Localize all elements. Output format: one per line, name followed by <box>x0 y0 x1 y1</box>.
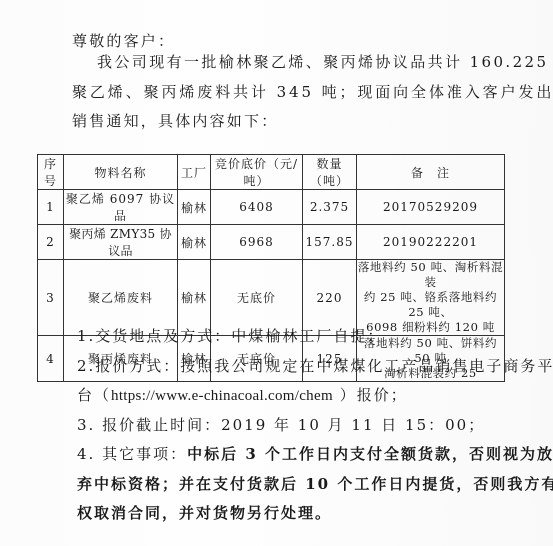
term-other-line-3: 权取消合同，并对货物另行处理。 <box>77 503 332 523</box>
cell-material-name: 聚乙烯 6097 协议品 <box>64 190 178 225</box>
intro-line-3: 销售通知，具体内容如下： <box>72 111 278 131</box>
cell-no: 3 <box>38 260 64 336</box>
cell-remarks: 落地料约 50 吨、淘析料混装 约 25 吨、铬系落地料约 25 吨、 6098… <box>357 260 505 336</box>
header-no: 序号 <box>38 155 64 190</box>
cell-base-price: 6968 <box>211 225 303 260</box>
intro-line-2: 聚乙烯、聚丙烯废料共计 345 吨；现面向全体准入客户发出竞价 <box>72 82 553 102</box>
greeting: 尊敬的客户： <box>72 31 175 51</box>
header-base-price: 竞价底价（元/吨） <box>211 155 303 190</box>
header-remarks: 备 注 <box>357 155 505 190</box>
cell-quantity: 157.85 <box>303 225 357 260</box>
cell-factory: 榆林 <box>178 260 211 336</box>
cell-material-name: 聚乙烯废料 <box>64 260 178 336</box>
term-other-text: 中标后 3 个工作日内支付全额货款，否则视为放 <box>187 445 553 463</box>
header-factory: 工厂 <box>178 155 211 190</box>
cell-remarks: 20170529209 <box>357 190 505 225</box>
remark-line: 约 25 吨、铬系落地料约 25 吨、 <box>357 290 504 320</box>
cell-factory: 榆林 <box>178 190 211 225</box>
term-deadline: 3. 报价截止时间：2019 年 10 月 11 日 15：00； <box>77 415 485 435</box>
term-quotation-method: 2.报价方式：按照我公司规定在中煤煤化工产品销售电子商务平 <box>77 356 553 376</box>
remark-line: 落地料约 50 吨、淘析料混装 <box>357 260 504 290</box>
table-row: 3 聚乙烯废料 榆林 无底价 220 落地料约 50 吨、淘析料混装 约 25 … <box>38 260 505 336</box>
term-other-line-2: 弃中标资格；并在支付货款后 10 个工作日内提货，否则我方有 <box>77 474 553 494</box>
cell-remarks: 20190222201 <box>357 225 505 260</box>
cell-factory: 榆林 <box>178 225 211 260</box>
table-row: 1 聚乙烯 6097 协议品 榆林 6408 2.375 20170529209 <box>38 190 505 225</box>
header-quantity: 数量（吨） <box>303 155 357 190</box>
platform-prefix: 台（ <box>77 386 111 404</box>
table-header-row: 序号 物料名称 工厂 竞价底价（元/吨） 数量（吨） 备 注 <box>38 155 505 190</box>
cell-quantity: 220 <box>303 260 357 336</box>
bidding-table: 序号 物料名称 工厂 竞价底价（元/吨） 数量（吨） 备 注 1 聚乙烯 609… <box>37 154 505 382</box>
header-material-name: 物料名称 <box>64 155 178 190</box>
term-other: 4. 其它事项：中标后 3 个工作日内支付全额货款，否则视为放 <box>77 444 553 464</box>
cell-quantity: 2.375 <box>303 190 357 225</box>
term-delivery: 1.交货地点及方式：中煤榆林工厂自提； <box>77 326 384 346</box>
intro-line-1: 我公司现有一批榆林聚乙烯、聚丙烯协议品共计 160.225 吨； <box>97 52 553 72</box>
cell-no: 2 <box>38 225 64 260</box>
cell-no: 4 <box>38 336 64 382</box>
cell-material-name: 聚丙烯 ZMY35 协议品 <box>64 225 178 260</box>
cell-base-price: 6408 <box>211 190 303 225</box>
document-page: 尊敬的客户： 我公司现有一批榆林聚乙烯、聚丙烯协议品共计 160.225 吨； … <box>0 0 553 546</box>
table-row: 2 聚丙烯 ZMY35 协议品 榆林 6968 157.85 201902222… <box>38 225 505 260</box>
platform-url-link[interactable]: https://www.e-chinacoal.com/chem <box>111 388 333 404</box>
cell-base-price: 无底价 <box>211 260 303 336</box>
platform-suffix: ）报价； <box>333 386 408 404</box>
term-other-label: 4. 其它事项： <box>77 445 187 463</box>
cell-no: 1 <box>38 190 64 225</box>
term-quotation-platform: 台（https://www.e-chinacoal.com/chem ）报价； <box>77 385 408 406</box>
